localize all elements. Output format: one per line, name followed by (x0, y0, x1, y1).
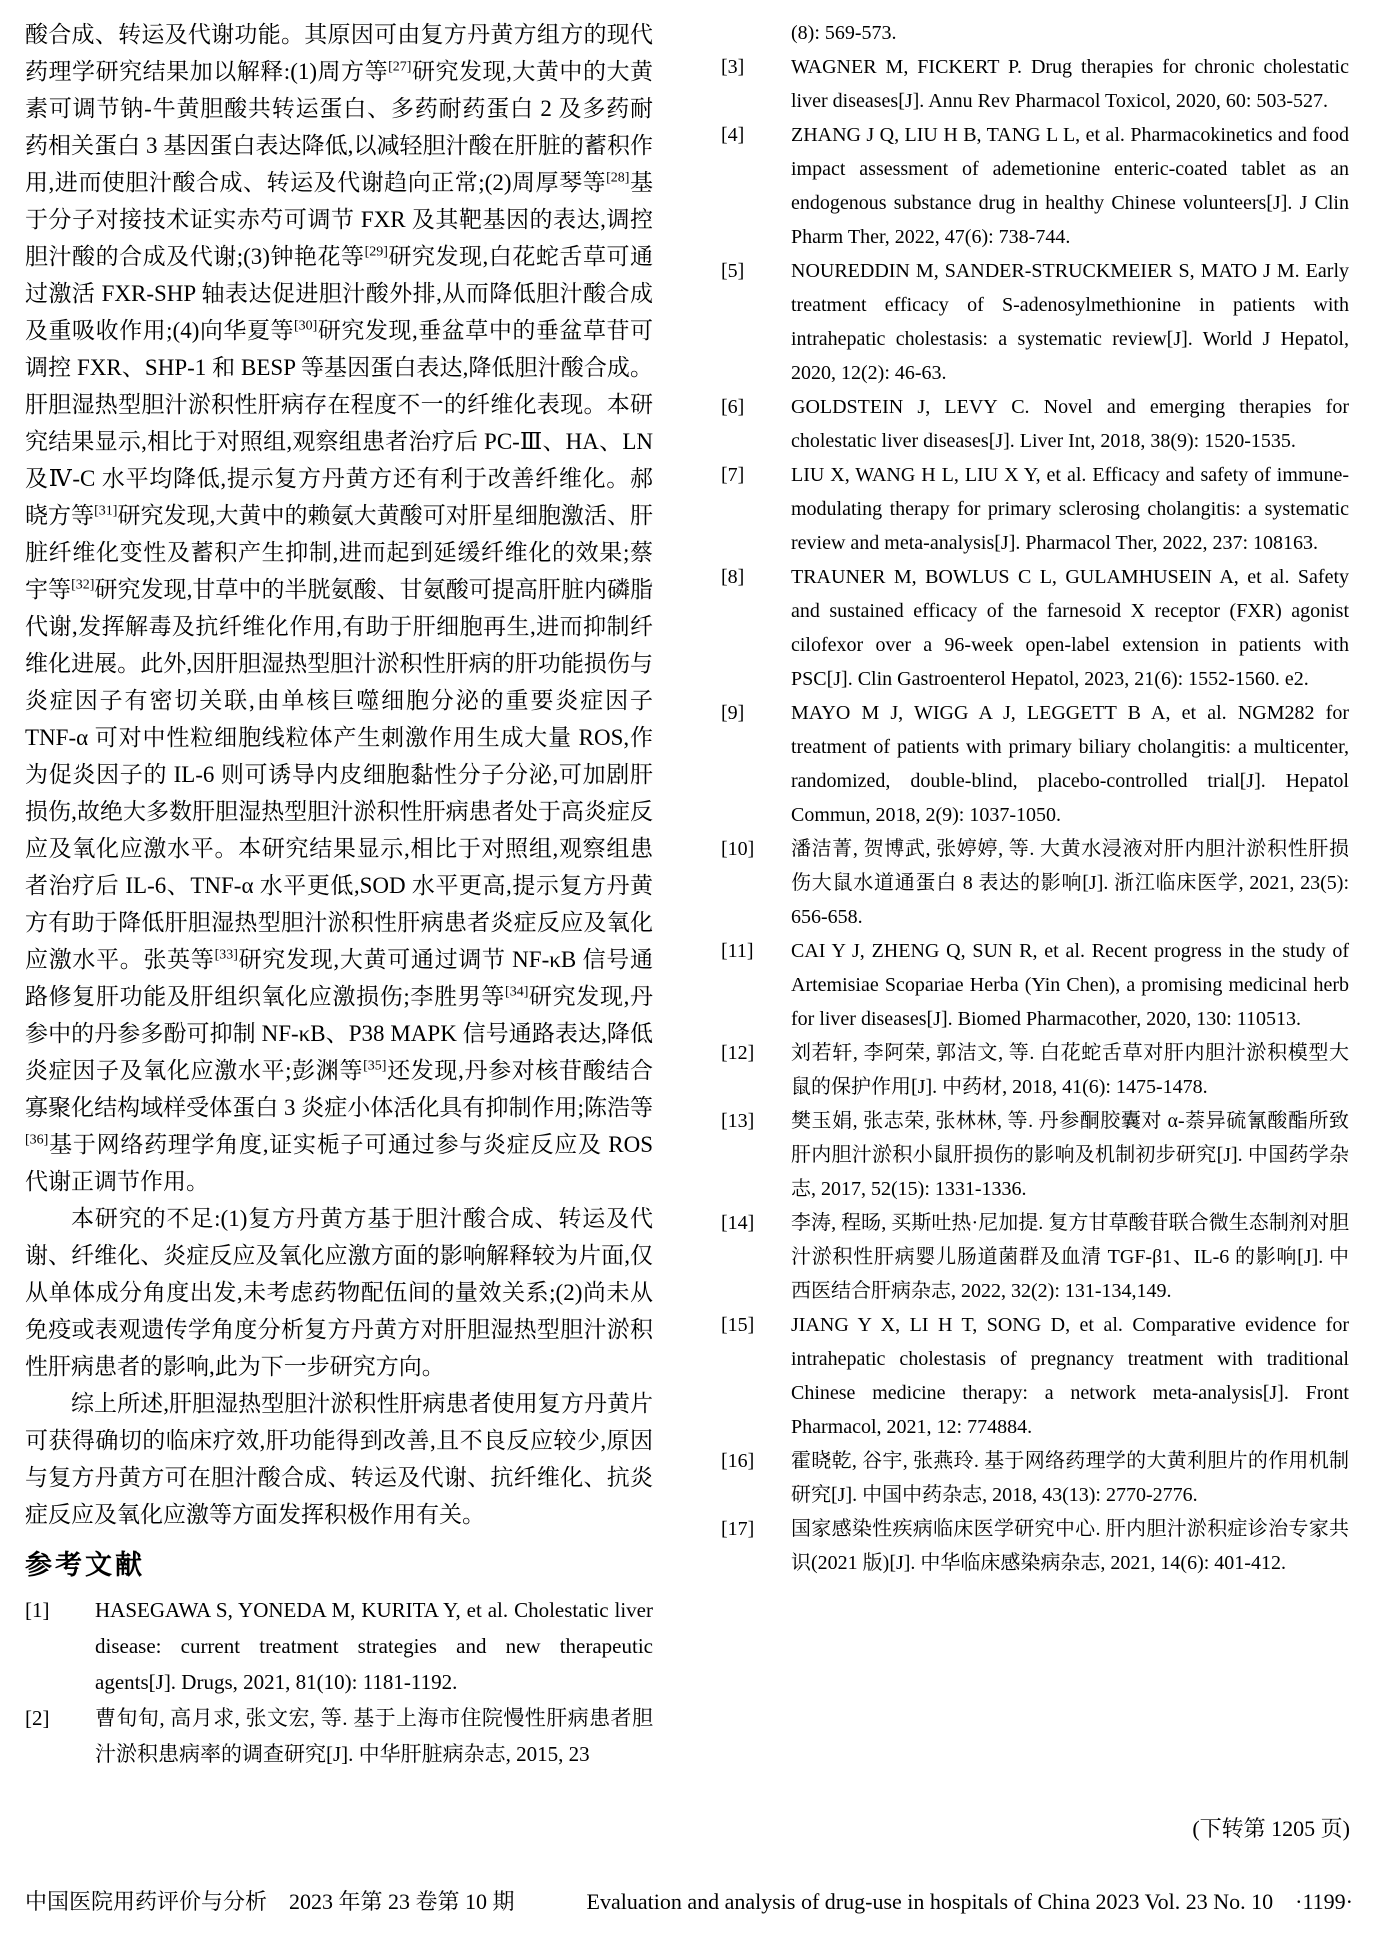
reference-continuation: (8): 569-573. (721, 16, 1349, 50)
reference-number: [11] (721, 934, 754, 968)
reference-number: [15] (721, 1308, 754, 1342)
reference-number: [7] (721, 458, 744, 492)
page-footer: 中国医院用药评价与分析 2023 年第 23 卷第 10 期 Evaluatio… (25, 1885, 1353, 1916)
citation-superscript: [32] (71, 577, 94, 592)
reference-item: [1]HASEGAWA S, YONEDA M, KURITA Y, et al… (25, 1592, 653, 1700)
reference-text: CAI Y J, ZHENG Q, SUN R, et al. Recent p… (791, 940, 1349, 1030)
reference-number: [12] (721, 1036, 754, 1070)
reference-item: [11]CAI Y J, ZHENG Q, SUN R, et al. Rece… (721, 934, 1349, 1036)
reference-text: ZHANG J Q, LIU H B, TANG L L, et al. Pha… (791, 124, 1349, 248)
citation-superscript: [29] (365, 244, 388, 259)
citation-superscript: [30] (294, 318, 317, 333)
reference-text: 樊玉娟, 张志荣, 张林林, 等. 丹参酮胶囊对 α-萘异硫氰酸酯所致肝内胆汁淤… (791, 1110, 1349, 1200)
citation-superscript: [36] (25, 1132, 48, 1147)
citation-superscript: [34] (505, 984, 528, 999)
reference-list-right: [3]WAGNER M, FICKERT P. Drug therapies f… (721, 50, 1349, 1580)
reference-number: [8] (721, 560, 744, 594)
left-column: 酸合成、转运及代谢功能。其原因可由复方丹黄方组方的现代药理学研究结果加以解释:(… (25, 16, 653, 1772)
body-paragraph: 酸合成、转运及代谢功能。其原因可由复方丹黄方组方的现代药理学研究结果加以解释:(… (25, 16, 653, 1200)
reference-number: [9] (721, 696, 744, 730)
reference-text: MAYO M J, WIGG A J, LEGGETT B A, et al. … (791, 702, 1349, 826)
reference-item: [3]WAGNER M, FICKERT P. Drug therapies f… (721, 50, 1349, 118)
reference-text: HASEGAWA S, YONEDA M, KURITA Y, et al. C… (95, 1598, 653, 1694)
body-paragraph: 本研究的不足:(1)复方丹黄方基于胆汁酸合成、转运及代谢、纤维化、炎症反应及氧化… (25, 1200, 653, 1385)
reference-number: [1] (25, 1592, 50, 1628)
references-heading: 参考文献 (25, 1543, 653, 1582)
reference-item: [7]LIU X, WANG H L, LIU X Y, et al. Effi… (721, 458, 1349, 560)
reference-text: 李涛, 程旸, 买斯吐热·尼加提. 复方甘草酸苷联合微生态制剂对胆汁淤积性肝病婴… (791, 1212, 1349, 1302)
reference-text: 霍晓乾, 谷宇, 张燕玲. 基于网络药理学的大黄利胆片的作用机制研究[J]. 中… (791, 1450, 1349, 1506)
footer-journal-title-cn: 中国医院用药评价与分析 2023 年第 23 卷第 10 期 (25, 1885, 515, 1916)
reference-number: [10] (721, 832, 754, 866)
two-column-body: 酸合成、转运及代谢功能。其原因可由复方丹黄方组方的现代药理学研究结果加以解释:(… (25, 16, 1349, 1772)
reference-item: [12]刘若轩, 李阿荣, 郭洁文, 等. 白花蛇舌草对肝内胆汁淤积模型大鼠的保… (721, 1036, 1349, 1104)
reference-item: [14]李涛, 程旸, 买斯吐热·尼加提. 复方甘草酸苷联合微生态制剂对胆汁淤积… (721, 1206, 1349, 1308)
reference-number: [6] (721, 390, 744, 424)
reference-item: [17]国家感染性疾病临床医学研究中心. 肝内胆汁淤积症诊治专家共识(2021 … (721, 1512, 1349, 1580)
footer-journal-title-en: Evaluation and analysis of drug-use in h… (587, 1885, 1353, 1916)
reference-text: 潘洁菁, 贺博武, 张婷婷, 等. 大黄水浸液对肝内胆汁淤积性肝损伤大鼠水道通蛋… (791, 838, 1349, 928)
reference-item: [10]潘洁菁, 贺博武, 张婷婷, 等. 大黄水浸液对肝内胆汁淤积性肝损伤大鼠… (721, 832, 1349, 934)
reference-text: 曹旬旬, 高月求, 张文宏, 等. 基于上海市住院慢性肝病患者胆汁淤积患病率的调… (95, 1706, 653, 1766)
reference-number: [17] (721, 1512, 754, 1546)
reference-item: [6]GOLDSTEIN J, LEVY C. Novel and emergi… (721, 390, 1349, 458)
right-column: (8): 569-573. [3]WAGNER M, FICKERT P. Dr… (721, 16, 1349, 1772)
reference-item: [9]MAYO M J, WIGG A J, LEGGETT B A, et a… (721, 696, 1349, 832)
citation-superscript: [31] (94, 503, 117, 518)
reference-number: [5] (721, 254, 744, 288)
reference-number: [4] (721, 118, 744, 152)
reference-number: [2] (25, 1700, 50, 1736)
reference-item: [5]NOUREDDIN M, SANDER-STRUCKMEIER S, MA… (721, 254, 1349, 390)
reference-text: WAGNER M, FICKERT P. Drug therapies for … (791, 56, 1349, 112)
reference-text: NOUREDDIN M, SANDER-STRUCKMEIER S, MATO … (791, 260, 1349, 384)
reference-number: [3] (721, 50, 744, 84)
journal-article-page: 酸合成、转运及代谢功能。其原因可由复方丹黄方组方的现代药理学研究结果加以解释:(… (0, 0, 1375, 1940)
citation-superscript: [35] (363, 1058, 386, 1073)
continued-on-page-note: (下转第 1205 页) (1192, 1812, 1350, 1843)
reference-text: TRAUNER M, BOWLUS C L, GULAMHUSEIN A, et… (791, 566, 1349, 690)
reference-item: [16]霍晓乾, 谷宇, 张燕玲. 基于网络药理学的大黄利胆片的作用机制研究[J… (721, 1444, 1349, 1512)
reference-item: [2]曹旬旬, 高月求, 张文宏, 等. 基于上海市住院慢性肝病患者胆汁淤积患病… (25, 1700, 653, 1772)
reference-item: [4]ZHANG J Q, LIU H B, TANG L L, et al. … (721, 118, 1349, 254)
reference-number: [13] (721, 1104, 754, 1138)
reference-text: 刘若轩, 李阿荣, 郭洁文, 等. 白花蛇舌草对肝内胆汁淤积模型大鼠的保护作用[… (791, 1042, 1349, 1098)
reference-text: 国家感染性疾病临床医学研究中心. 肝内胆汁淤积症诊治专家共识(2021 版)[J… (791, 1518, 1349, 1574)
reference-item: [15]JIANG Y X, LI H T, SONG D, et al. Co… (721, 1308, 1349, 1444)
reference-number: [16] (721, 1444, 754, 1478)
reference-item: [8]TRAUNER M, BOWLUS C L, GULAMHUSEIN A,… (721, 560, 1349, 696)
reference-list-left: [1]HASEGAWA S, YONEDA M, KURITA Y, et al… (25, 1592, 653, 1772)
citation-superscript: [27] (388, 59, 411, 74)
body-paragraph: 综上所述,肝胆湿热型胆汁淤积性肝病患者使用复方丹黄片可获得确切的临床疗效,肝功能… (25, 1385, 653, 1533)
discussion-paragraphs: 酸合成、转运及代谢功能。其原因可由复方丹黄方组方的现代药理学研究结果加以解释:(… (25, 16, 653, 1533)
citation-superscript: [28] (606, 170, 629, 185)
reference-text: JIANG Y X, LI H T, SONG D, et al. Compar… (791, 1314, 1349, 1438)
reference-item: [13]樊玉娟, 张志荣, 张林林, 等. 丹参酮胶囊对 α-萘异硫氰酸酯所致肝… (721, 1104, 1349, 1206)
citation-superscript: [33] (215, 947, 238, 962)
reference-text: GOLDSTEIN J, LEVY C. Novel and emerging … (791, 396, 1349, 452)
reference-text: LIU X, WANG H L, LIU X Y, et al. Efficac… (791, 464, 1349, 554)
reference-number: [14] (721, 1206, 754, 1240)
